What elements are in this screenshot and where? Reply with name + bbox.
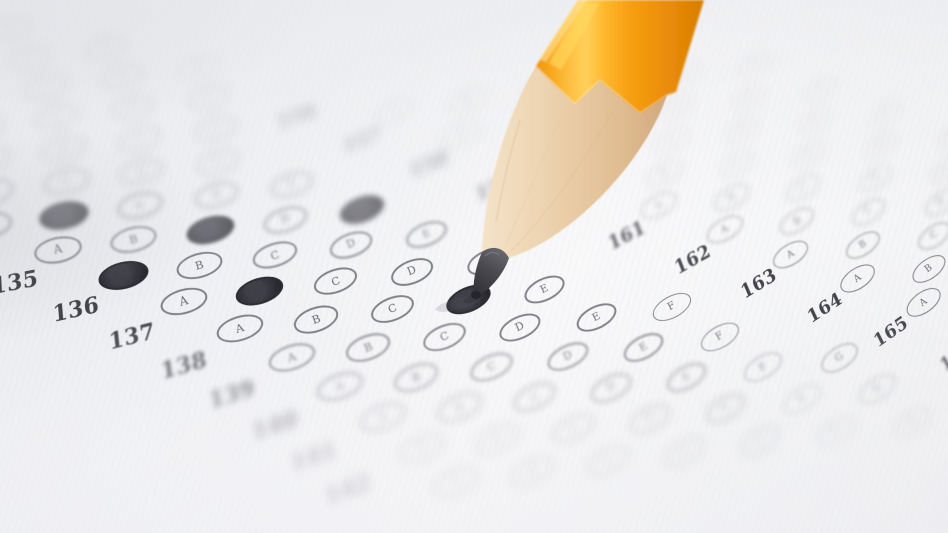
pencil-graphite-tip bbox=[471, 248, 509, 299]
photo-scene: HGHEFGHDEFGCDEFBCDEACDEABD135BCDE136ACDE… bbox=[0, 0, 948, 533]
pencil bbox=[0, 0, 948, 533]
